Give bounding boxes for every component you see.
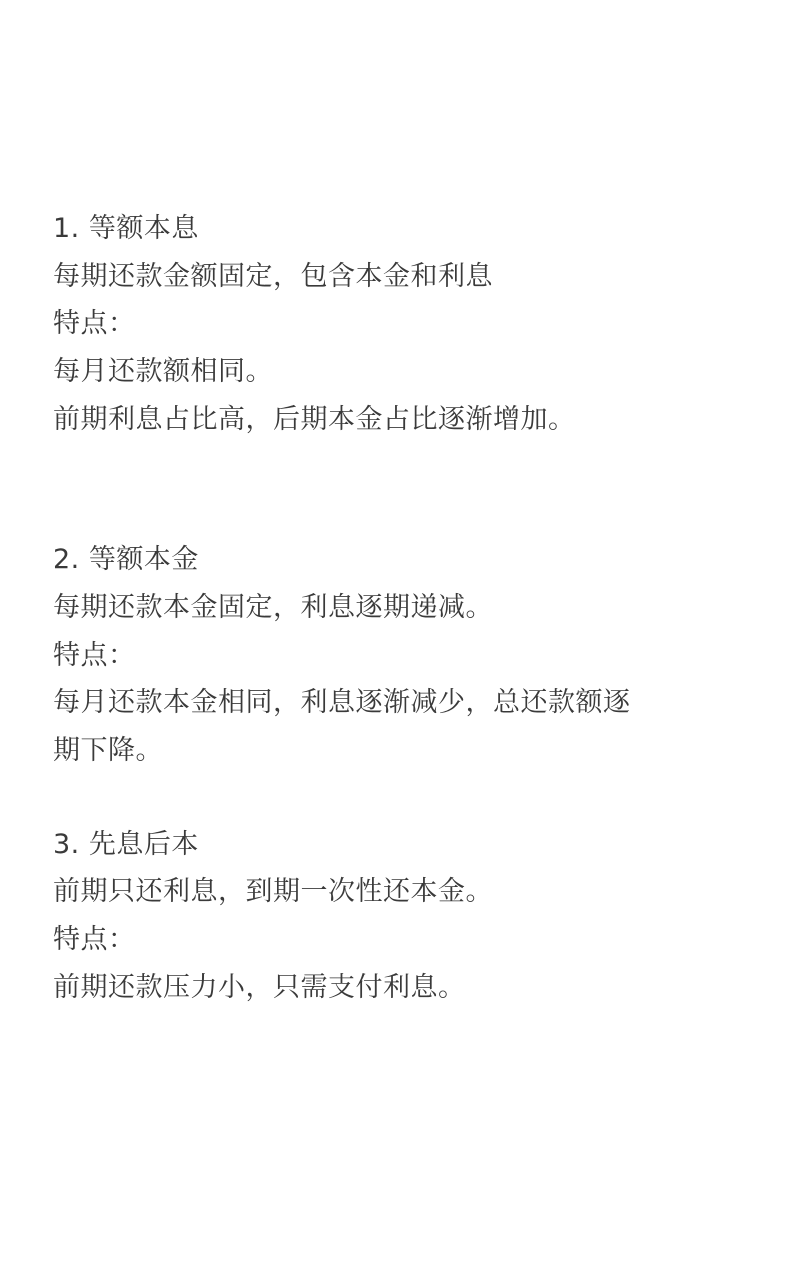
section-title: 1. 等额本息 (53, 205, 199, 253)
feature-item: 期下降。 (53, 727, 163, 775)
feature-item: 每月还款额相同。 (53, 348, 273, 396)
section-description: 前期只还利息，到期一次性还本金。 (53, 868, 493, 916)
features-label: 特点： (53, 632, 136, 680)
feature-item: 每月还款本金相同，利息逐渐减少，总还款额逐 (53, 679, 631, 727)
section-description: 每期还款本金固定，利息逐期递减。 (53, 584, 493, 632)
section-title: 3. 先息后本 (53, 821, 199, 869)
section-title: 2. 等额本金 (53, 536, 199, 584)
features-label: 特点： (53, 300, 136, 348)
features-label: 特点： (53, 916, 136, 964)
feature-item: 前期利息占比高，后期本金占比逐渐增加。 (53, 396, 576, 444)
section-description: 每期还款金额固定，包含本金和利息 (53, 253, 493, 301)
feature-item: 前期还款压力小，只需支付利息。 (53, 964, 466, 1012)
